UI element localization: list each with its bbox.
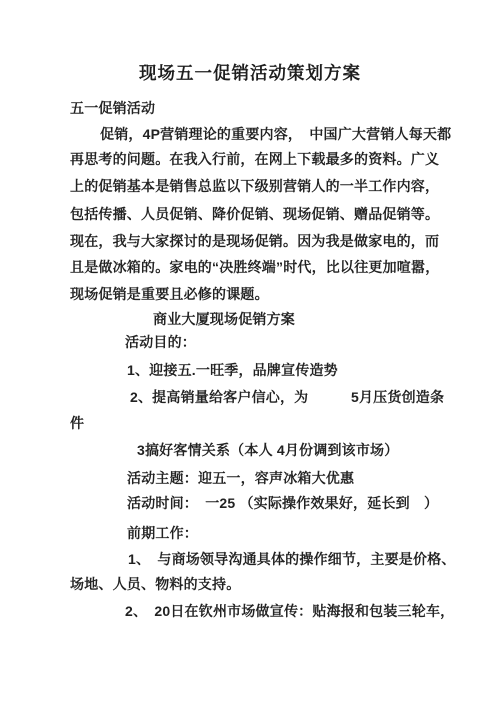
doc-line-label: 活动主题：迎五一，容声冰箱大优惠 bbox=[127, 470, 354, 486]
doc-line-label: 前期工作： bbox=[127, 525, 198, 541]
doc-line-list-item: 1、迎接五.一旺季，品牌宣传造势 bbox=[127, 362, 338, 378]
doc-line-label: 活动时间： 一25 （实际操作效果好，延长到 ） bbox=[127, 495, 438, 511]
doc-line-paragraph: 现在，我与大家探讨的是现场促销。因为我是做家电的，而 bbox=[70, 233, 439, 249]
doc-line-paragraph: 再思考的问题。在我入行前，在网上下载最多的资料。广义 bbox=[70, 151, 439, 167]
document-page: 现场五一促销活动策划方案 五一促销活动 促销，4P营销理论的重要内容， 中国广大… bbox=[0, 0, 500, 708]
doc-line-paragraph: 现场促销是重要且必修的课题。 bbox=[70, 286, 269, 302]
doc-line-section-heading: 五一促销活动 bbox=[70, 100, 155, 116]
doc-line-paragraph: 上的促销基本是销售总监以下级别营销人的一半工作内容， bbox=[70, 178, 439, 194]
doc-line-label: 活动目的： bbox=[125, 334, 196, 350]
doc-line-paragraph: 促销，4P营销理论的重要内容， 中国广大营销人每天都 bbox=[100, 126, 451, 142]
doc-line-paragraph: 包括传播、人员促销、降价促销、现场促销、赠品促销等。 bbox=[70, 206, 439, 222]
doc-line-list-item: 3搞好客情关系（本人 4月份调到该市场） bbox=[137, 442, 398, 458]
document-title: 现场五一促销活动策划方案 bbox=[0, 60, 500, 85]
doc-line-continuation: 场地、人员、物料的支持。 bbox=[70, 576, 240, 592]
doc-line-continuation: 件 bbox=[70, 415, 84, 431]
doc-line-paragraph: 且是做冰箱的。家电的“决胜终端”时代，比以往更加喧嚣， bbox=[70, 259, 439, 275]
doc-line-list-item: 2、 20日在钦州市场做宣传：贴海报和包装三轮车， bbox=[125, 603, 454, 619]
doc-line-subtitle: 商业大厦现场促销方案 bbox=[153, 311, 295, 327]
doc-line-list-item: 2、提高销量给客户信心，为 5月压货创造条 bbox=[130, 389, 444, 405]
doc-line-list-item: 1、 与商场领导沟通具体的操作细节，主要是价格、 bbox=[128, 551, 456, 567]
